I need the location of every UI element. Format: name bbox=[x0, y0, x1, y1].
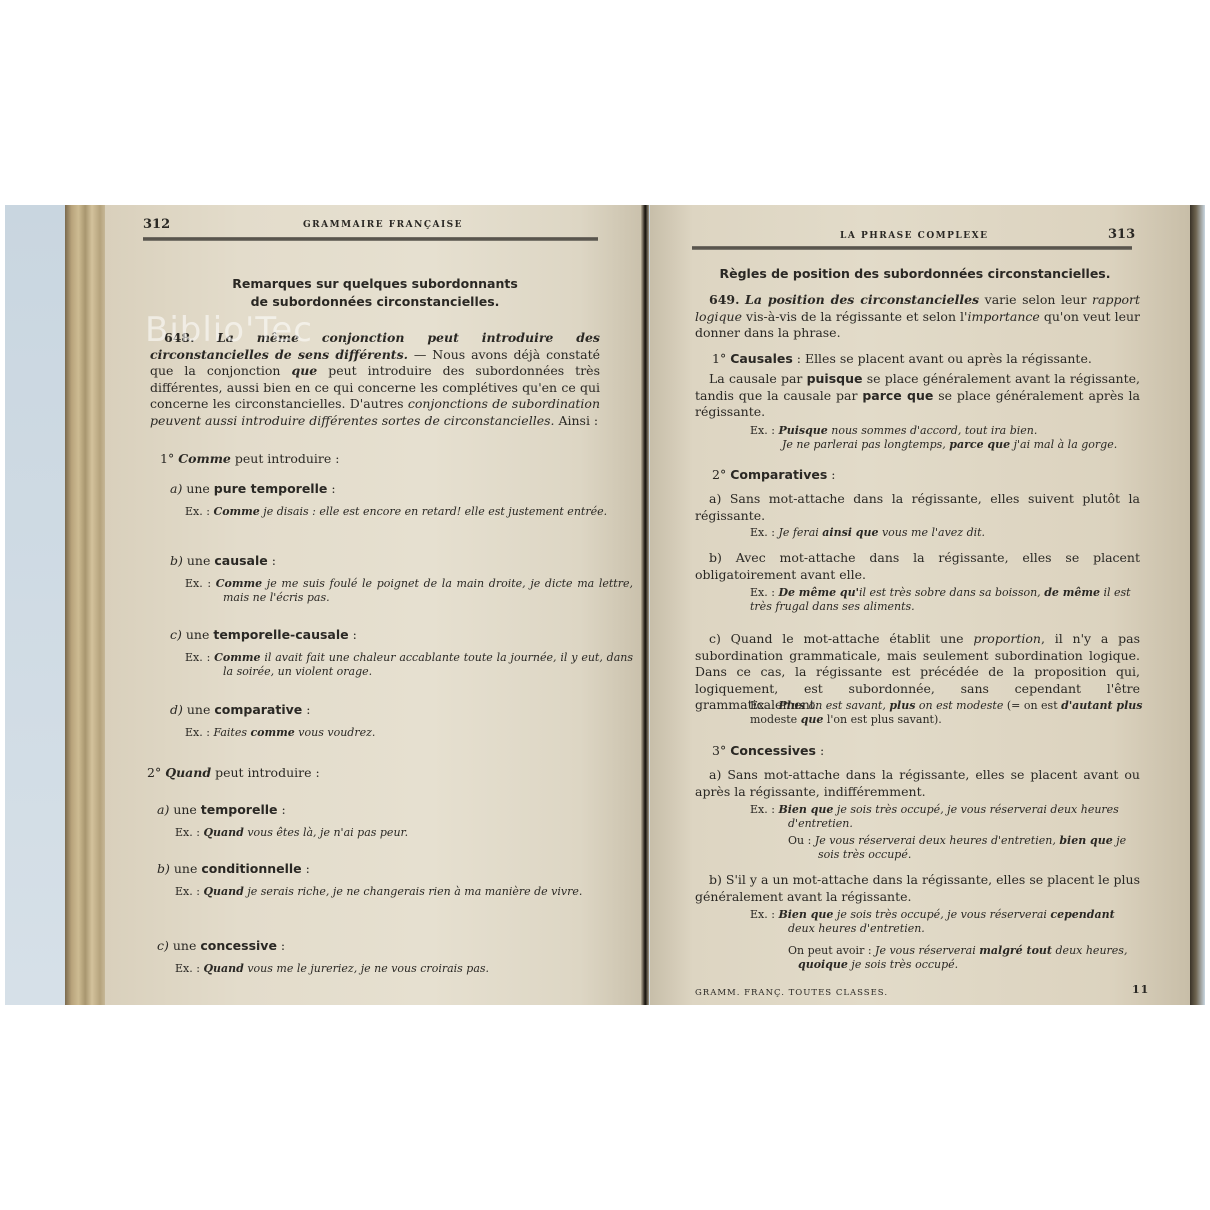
running-head-title: GRAMMAIRE FRANÇAISE bbox=[303, 220, 463, 230]
example-text: j'ai mal à la gorge. bbox=[1010, 438, 1117, 451]
subordinate-type: concessive bbox=[200, 938, 277, 953]
section-heading: Remarques sur quelques subordonnants de … bbox=[165, 275, 585, 311]
comparatives-a: a) Sans mot-attache dans la régissante, … bbox=[695, 491, 1140, 524]
example-text: je me suis foulé le poignet de la main d… bbox=[223, 577, 633, 604]
example-label: Ex. : bbox=[750, 699, 778, 712]
page-edges-right bbox=[1190, 205, 1205, 1005]
text: peut introduire : bbox=[211, 765, 320, 780]
keyword: parce que bbox=[862, 388, 933, 403]
list-item: b) une conditionnelle : bbox=[157, 861, 597, 878]
text: : bbox=[277, 938, 285, 953]
concessives-a-example: Ex. : Bien que je sois très occupé, je v… bbox=[750, 803, 1145, 862]
text: Ainsi : bbox=[554, 413, 598, 428]
causales-paragraph: La causale par puisque se place générale… bbox=[695, 371, 1140, 421]
comparatives-b: b) Avec mot-attache dans la régissante, … bbox=[695, 550, 1140, 583]
text: : bbox=[349, 627, 357, 642]
subordinate-type: comparative bbox=[214, 702, 302, 717]
example-text: Je vous réserverai bbox=[875, 944, 979, 957]
text: une bbox=[174, 861, 201, 876]
keyword: Plus bbox=[778, 699, 805, 712]
keyword: Quand bbox=[165, 765, 211, 780]
page-number: 313 bbox=[1108, 227, 1135, 242]
subordinate-type: temporelle-causale bbox=[213, 627, 348, 642]
example: Ex. : Quand vous me le jureriez, je ne v… bbox=[175, 962, 633, 976]
page-edges-left bbox=[65, 205, 110, 1005]
keyword: parce que bbox=[949, 438, 1010, 451]
keyword: malgré tout bbox=[979, 944, 1052, 957]
section-heading-line: de subordonnées circonstancielles. bbox=[165, 293, 585, 311]
causales-heading: 1° Causales : Elles se placent avant ou … bbox=[712, 351, 1142, 368]
header-rule bbox=[143, 237, 598, 241]
list-item: c) une concessive : bbox=[157, 938, 597, 955]
text: : bbox=[302, 702, 310, 717]
page-number: 312 bbox=[143, 217, 170, 232]
keyword: Comme bbox=[216, 577, 262, 590]
list-marker: 1° bbox=[160, 451, 174, 466]
example-text: on est modeste bbox=[915, 699, 1003, 712]
text: une bbox=[187, 553, 214, 568]
page-312: 312 GRAMMAIRE FRANÇAISE Remarques sur qu… bbox=[105, 205, 645, 1005]
example-text: je sois très occupé, je vous réserverai … bbox=[788, 803, 1119, 830]
keyword: de même bbox=[1044, 586, 1100, 599]
subordinate-type: conditionnelle bbox=[201, 861, 301, 876]
list-item: d) une comparative : bbox=[170, 702, 610, 719]
example: Ex. : Comme je disais : elle est encore … bbox=[185, 505, 633, 519]
item-letter: c) bbox=[157, 938, 173, 953]
concessives-b-example: Ex. : Bien que je sois très occupé, je v… bbox=[750, 908, 1145, 972]
example: Ex. : Quand vous êtes là, je n'ai pas pe… bbox=[175, 826, 633, 840]
example: Ex. : Faites comme vous voudrez. bbox=[185, 726, 633, 740]
list-marker: 2° bbox=[712, 467, 726, 482]
book-photo: 312 GRAMMAIRE FRANÇAISE Remarques sur qu… bbox=[5, 205, 1205, 1005]
text: : bbox=[302, 861, 310, 876]
causales-example: Ex. : Puisque nous sommes d'accord, tout… bbox=[750, 424, 1145, 452]
keyword: comme bbox=[250, 726, 294, 739]
section-heading-line: Remarques sur quelques subordonnants bbox=[165, 275, 585, 293]
subordinate-type: causale bbox=[214, 553, 267, 568]
text: : bbox=[827, 467, 835, 482]
header-rule bbox=[692, 246, 1132, 250]
text: une bbox=[173, 802, 200, 817]
example-text: nous sommes d'accord, tout ira bien. bbox=[828, 424, 1038, 437]
watermark: Biblio'Tec bbox=[145, 310, 313, 350]
comparatives-heading: 2° Comparatives : bbox=[712, 467, 1142, 484]
text: : bbox=[268, 553, 276, 568]
list-marker: 2° bbox=[147, 765, 161, 780]
example-label: Ex. : bbox=[185, 651, 214, 664]
keyword: bien que bbox=[1059, 834, 1112, 847]
example-text: deux heures, bbox=[1052, 944, 1127, 957]
example-label: Ex. : bbox=[750, 586, 778, 599]
text: l'on est plus savant). bbox=[823, 713, 941, 726]
example: Ex. : Quand je serais riche, je ne chang… bbox=[175, 885, 633, 899]
text: modeste bbox=[750, 713, 801, 726]
text: une bbox=[186, 627, 213, 642]
example-text: deux heures d'entretien. bbox=[788, 922, 925, 935]
concessives-b: b) S'il y a un mot-attache dans la régis… bbox=[695, 872, 1140, 905]
keyword: Bien que bbox=[778, 908, 833, 921]
list-item: c) une temporelle-causale : bbox=[170, 627, 610, 644]
concessives-a: a) Sans mot-attache dans la régissante, … bbox=[695, 767, 1140, 800]
keyword: que bbox=[801, 713, 824, 726]
keyword: cependant bbox=[1050, 908, 1114, 921]
text: (= on est bbox=[1003, 699, 1061, 712]
example-text: je serais riche, je ne changerais rien à… bbox=[244, 885, 583, 898]
category-label: Concessives bbox=[730, 743, 816, 758]
subordinate-type: temporelle bbox=[201, 802, 278, 817]
example-text: il est très sobre dans sa boisson, bbox=[859, 586, 1044, 599]
category-label: Causales bbox=[730, 351, 793, 366]
item-letter: c) bbox=[170, 627, 186, 642]
example-label: Ex. : bbox=[750, 803, 778, 816]
list-item: a) une temporelle : bbox=[157, 802, 597, 819]
example-label: Ex. : bbox=[750, 424, 778, 437]
keyword: Bien que bbox=[778, 803, 833, 816]
text: : bbox=[327, 481, 335, 496]
running-head-title: LA PHRASE COMPLEXE bbox=[840, 231, 988, 241]
keyword: Quand bbox=[203, 962, 243, 975]
example-label: Ex. : bbox=[750, 908, 778, 921]
page-313: LA PHRASE COMPLEXE 313 Règles de positio… bbox=[650, 205, 1190, 1005]
example-text: je sois très occupé. bbox=[848, 958, 958, 971]
text: c) Quand le mot-attache établit une bbox=[709, 631, 973, 646]
text: : bbox=[278, 802, 286, 817]
keyword: Comme bbox=[214, 651, 260, 664]
example-label: Ex. : bbox=[750, 526, 778, 539]
text: : bbox=[816, 743, 824, 758]
comparatives-c-example: Ex. : Plus on est savant, plus on est mo… bbox=[750, 699, 1145, 727]
keyword: ainsi que bbox=[822, 526, 878, 539]
paragraph-number: 649. bbox=[709, 292, 739, 307]
text: une bbox=[173, 938, 200, 953]
example-label: Ex. : bbox=[185, 505, 213, 518]
example-text: je disais : elle est encore en retard! e… bbox=[260, 505, 607, 518]
text: vis-à-vis de la régissante et selon l' bbox=[742, 309, 968, 324]
text: une bbox=[187, 702, 214, 717]
keyword: Quand bbox=[203, 885, 243, 898]
example-text: Je vous réserverai deux heures d'entreti… bbox=[815, 834, 1060, 847]
paragraph-title: La position des circonstancielles bbox=[745, 292, 979, 307]
example-text: vous me l'avez dit. bbox=[878, 526, 985, 539]
list-item: b) une causale : bbox=[170, 553, 610, 570]
concessives-heading: 3° Concessives : bbox=[712, 743, 1142, 760]
example-label: Ex. : bbox=[185, 577, 216, 590]
list-marker: 3° bbox=[712, 743, 726, 758]
section-heading: Règles de position des subordonnées circ… bbox=[690, 265, 1140, 283]
example-label: Ex. : bbox=[175, 885, 203, 898]
example-label: Ex. : bbox=[185, 726, 213, 739]
item-letter: b) bbox=[170, 553, 187, 568]
comme-intro: 1° Comme peut introduire : bbox=[160, 451, 590, 468]
quand-intro: 2° Quand peut introduire : bbox=[147, 765, 577, 782]
keyword: Quand bbox=[203, 826, 243, 839]
keyword: puisque bbox=[807, 371, 863, 386]
italic-text: proportion bbox=[973, 631, 1041, 646]
example: Ex. : Comme je me suis foulé le poignet … bbox=[185, 577, 633, 605]
text: peut introduire : bbox=[231, 451, 340, 466]
keyword: d'autant plus bbox=[1061, 699, 1142, 712]
item-letter: a) bbox=[170, 481, 186, 496]
example-label: Ex. : bbox=[175, 826, 203, 839]
example-text: on est savant, bbox=[805, 699, 889, 712]
footer-signature-number: 11 bbox=[1132, 983, 1149, 996]
example-text: il avait fait une chaleur accablante tou… bbox=[223, 651, 633, 678]
text: : Elles se placent avant ou après la rég… bbox=[793, 351, 1092, 366]
paragraph-649: 649. La position des circonstancielles v… bbox=[695, 292, 1140, 342]
book-spine bbox=[641, 205, 649, 1005]
footer-signature-text: GRAMM. FRANÇ. TOUTES CLASSES. bbox=[695, 988, 888, 998]
list-item: a) une pure temporelle : bbox=[170, 481, 610, 498]
keyword: Comme bbox=[178, 451, 231, 466]
keyword: que bbox=[291, 363, 317, 378]
list-marker: 1° bbox=[712, 351, 726, 366]
text: La causale par bbox=[709, 371, 807, 386]
example-text: vous êtes là, je n'ai pas peur. bbox=[244, 826, 408, 839]
example-label: On peut avoir : bbox=[788, 944, 875, 957]
keyword: quoique bbox=[798, 958, 848, 971]
example-text: vous voudrez. bbox=[295, 726, 376, 739]
item-letter: b) bbox=[157, 861, 174, 876]
italic-text: importance bbox=[968, 309, 1040, 324]
item-letter: d) bbox=[170, 702, 187, 717]
subordinate-type: pure temporelle bbox=[214, 481, 328, 496]
comparatives-b-example: Ex. : De même qu'il est très sobre dans … bbox=[750, 586, 1145, 614]
example-label: Ex. : bbox=[175, 962, 203, 975]
example-text: je sois très occupé, je vous réserverai bbox=[833, 908, 1050, 921]
example-text: Faites bbox=[213, 726, 250, 739]
item-letter: a) bbox=[157, 802, 173, 817]
keyword: plus bbox=[889, 699, 915, 712]
text: une bbox=[186, 481, 213, 496]
example-text: Je ferai bbox=[778, 526, 822, 539]
example-text: vous me le jureriez, je ne vous croirais… bbox=[244, 962, 489, 975]
text: varie selon leur bbox=[979, 292, 1092, 307]
example-label: Ou : bbox=[788, 834, 815, 847]
comparatives-a-example: Ex. : Je ferai ainsi que vous me l'avez … bbox=[750, 526, 1140, 540]
keyword: Puisque bbox=[778, 424, 827, 437]
example-text: Je ne parlerai pas longtemps, bbox=[782, 438, 949, 451]
keyword: De même qu' bbox=[778, 586, 859, 599]
example: Ex. : Comme il avait fait une chaleur ac… bbox=[185, 651, 633, 679]
category-label: Comparatives bbox=[730, 467, 827, 482]
keyword: Comme bbox=[213, 505, 259, 518]
